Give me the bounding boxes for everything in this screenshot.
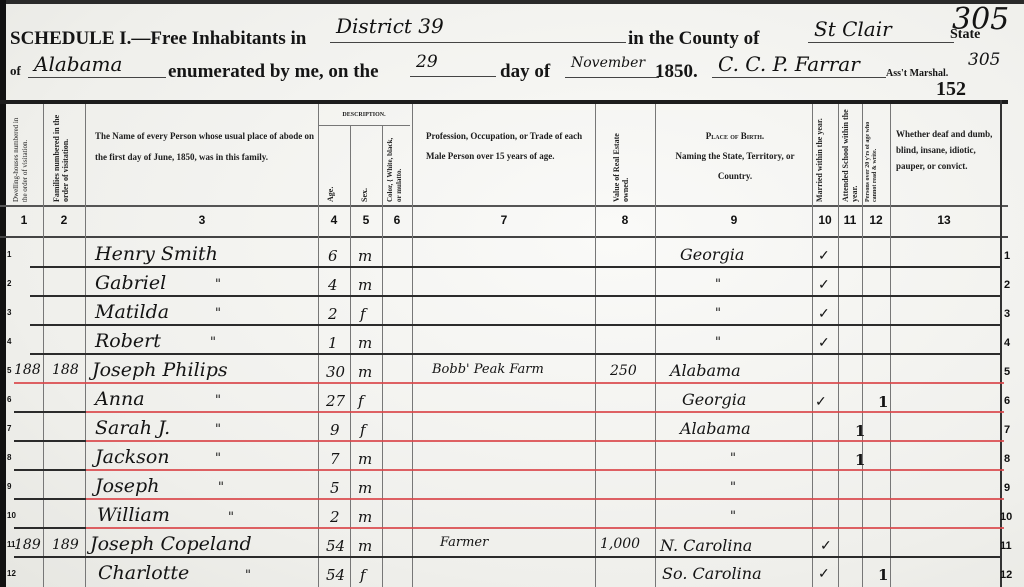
col7-header: Profession, Occupation, or Trade of each… <box>426 126 591 166</box>
birthplace: Georgia <box>680 245 744 264</box>
col10-header: Married within the year. <box>815 108 835 202</box>
real-estate-value: 250 <box>610 363 637 379</box>
row-line <box>30 353 1000 355</box>
occupation: Bobb' Peak Farm <box>432 362 544 377</box>
description-header: DESCRIPTION. <box>318 109 410 122</box>
row-line <box>14 469 86 471</box>
row-line <box>14 498 86 500</box>
person-name: Joseph <box>95 475 159 497</box>
col9-header: Place of Birth. Naming the State, Territ… <box>660 126 810 186</box>
ditto-mark: " <box>215 393 221 408</box>
person-name: Anna <box>95 388 145 410</box>
sex: m <box>358 334 372 352</box>
day-value: 29 <box>416 52 438 72</box>
age: 54 <box>326 566 345 584</box>
right-line-number: 5 <box>1004 366 1010 378</box>
ditto-mark: " <box>245 568 251 583</box>
birthplace-ditto: " <box>730 509 736 524</box>
birthplace: Georgia <box>682 390 746 409</box>
left-line-number: 5 <box>7 366 11 375</box>
right-line-number: 3 <box>1004 308 1010 320</box>
colnum: 11 <box>844 213 857 227</box>
row-line <box>30 295 1000 297</box>
left-line-number: 8 <box>7 453 11 462</box>
age: 54 <box>326 537 345 555</box>
birthplace-ditto: " <box>715 335 721 350</box>
title-prefix: Free Inhabitants in <box>150 28 306 49</box>
colnum: 1 <box>21 213 28 227</box>
ditto-mark: " <box>228 510 234 525</box>
colnum: 9 <box>731 213 738 227</box>
row-line <box>14 440 86 442</box>
sex: m <box>358 276 372 294</box>
left-line-number: 12 <box>7 569 16 578</box>
row-line <box>14 556 1000 558</box>
description-rule <box>318 125 410 126</box>
census-page: SCHEDULE I.—Free Inhabitants in District… <box>0 0 1024 587</box>
person-name: Jackson <box>95 446 170 468</box>
person-name: Robert <box>95 330 161 352</box>
cannot-read-mark: 1 <box>878 393 888 411</box>
sex: f <box>360 305 366 323</box>
ditto-mark: " <box>215 451 221 466</box>
sex: m <box>358 247 372 265</box>
birthplace: Alabama <box>670 361 741 380</box>
check-mark: ✓ <box>818 335 830 351</box>
row-line <box>30 266 1000 268</box>
right-line-number: 10 <box>1000 511 1012 523</box>
row-line-highlight <box>85 411 1004 413</box>
row-line-highlight <box>85 440 1004 442</box>
year-label: 1850. <box>655 61 698 83</box>
colnum: 10 <box>818 213 831 227</box>
age: 9 <box>330 421 340 439</box>
right-line-number: 11 <box>1000 540 1012 552</box>
col13-header: Whether deaf and dumb, blind, insane, id… <box>896 126 998 174</box>
person-name: Joseph Copeland <box>90 533 252 555</box>
page-left-edge <box>0 0 6 587</box>
colnum-bottom-rule <box>0 236 1008 238</box>
colnum: 12 <box>869 213 882 227</box>
left-line-number: 1 <box>7 250 11 259</box>
col-divider <box>318 104 319 587</box>
ditto-mark: " <box>215 277 221 292</box>
col4-header: Age. <box>326 170 340 202</box>
sex: m <box>358 537 372 555</box>
col6-header: Color, { White, black, or mulatto. <box>386 130 410 202</box>
check-mark: ✓ <box>818 566 830 582</box>
col-divider <box>43 104 44 587</box>
check-mark: ✓ <box>818 248 830 264</box>
right-line-number: 6 <box>1004 395 1010 407</box>
col3-header: The Name of every Person whose usual pla… <box>95 126 315 168</box>
birthplace: N. Carolina <box>660 536 752 555</box>
header-line-1: SCHEDULE I.—Free Inhabitants in <box>10 28 306 50</box>
table-top-border <box>0 100 1008 104</box>
sex: m <box>358 363 372 381</box>
age: 7 <box>330 450 340 468</box>
month-field: November <box>565 55 659 78</box>
age: 1 <box>328 334 338 352</box>
col12-header: Persons over 20 y'rs of age who cannot r… <box>865 108 887 202</box>
col1-header: Dwelling-houses numbered in the order of… <box>12 112 40 202</box>
state-field: Alabama <box>28 52 166 78</box>
right-line-number: 9 <box>1004 482 1010 494</box>
birthplace-ditto: " <box>730 480 736 495</box>
row-line <box>14 527 86 529</box>
colnum: 2 <box>61 213 68 227</box>
state-value: Alabama <box>34 52 122 76</box>
right-line-number: 1 <box>1004 250 1010 262</box>
county-field: St Clair <box>808 17 954 43</box>
col5-header: Sex. <box>360 170 374 202</box>
right-line-number: 4 <box>1004 337 1010 349</box>
ditto-mark: " <box>210 335 216 350</box>
row-line-highlight <box>85 527 1004 529</box>
person-name: William <box>97 504 170 526</box>
col8-header: Value of Real Estate owned. <box>612 112 640 202</box>
col9-subtitle: Naming the State, Territory, or Country. <box>660 146 810 186</box>
person-name: Henry Smith <box>95 243 218 265</box>
colnum: 8 <box>622 213 629 227</box>
age: 6 <box>328 247 338 265</box>
colnum: 7 <box>501 213 508 227</box>
col-divider <box>862 104 863 587</box>
ditto-mark: " <box>218 480 224 495</box>
month-value: November <box>571 55 645 71</box>
person-name: Gabriel <box>95 272 166 294</box>
sex: f <box>360 566 366 584</box>
left-line-number: 9 <box>7 482 11 491</box>
ditto-mark: " <box>215 306 221 321</box>
left-line-number: 10 <box>7 511 16 520</box>
marshal-field: C. C. P. Farrar <box>712 52 886 78</box>
col-divider <box>812 104 813 587</box>
sex: m <box>358 508 372 526</box>
county-label: in the County of <box>628 28 759 50</box>
birthplace: So. Carolina <box>662 564 762 583</box>
birthplace-ditto: " <box>715 306 721 321</box>
page-top-edge <box>0 0 1024 4</box>
colnum: 3 <box>199 213 206 227</box>
col9-title: Place of Birth. <box>660 126 810 146</box>
left-line-number: 3 <box>7 308 11 317</box>
colnum: 6 <box>394 213 401 227</box>
district-value: District 39 <box>336 14 444 38</box>
check-mark: ✓ <box>818 277 830 293</box>
row-line <box>30 324 1000 326</box>
birthplace-ditto: " <box>730 451 736 466</box>
check-mark: ✓ <box>820 538 832 554</box>
colnum: 4 <box>331 213 338 227</box>
printed-page-number: 152 <box>936 78 966 101</box>
col-divider <box>655 104 656 587</box>
county-value: St Clair <box>814 17 892 41</box>
age: 4 <box>328 276 338 294</box>
age: 2 <box>330 508 340 526</box>
sex: m <box>358 450 372 468</box>
sex: f <box>358 392 364 410</box>
handwritten-page-number-mid: 305 <box>968 50 1000 70</box>
age: 30 <box>326 363 345 381</box>
right-line-number: 7 <box>1004 424 1010 436</box>
person-name: Charlotte <box>98 562 189 584</box>
age: 2 <box>328 305 338 323</box>
left-line-number: 2 <box>7 279 11 288</box>
check-mark: ✓ <box>815 394 827 410</box>
col-divider <box>382 126 383 587</box>
day-of-label: day of <box>500 61 550 83</box>
birthplace: Alabama <box>680 419 751 438</box>
header-bottom-rule <box>0 205 1008 207</box>
real-estate-value: 1,000 <box>600 536 640 552</box>
col-divider <box>890 104 891 587</box>
cannot-read-mark: 1 <box>878 566 888 584</box>
row-line <box>14 411 86 413</box>
check-mark: ✓ <box>818 306 830 322</box>
district-field: District 39 <box>330 14 626 43</box>
birthplace-ditto: " <box>715 277 721 292</box>
colnum: 5 <box>363 213 370 227</box>
colnum: 13 <box>937 213 950 227</box>
col2-header: Families numbered in the order of visita… <box>52 112 82 202</box>
col-divider <box>85 104 86 587</box>
age: 5 <box>330 479 340 497</box>
marshal-name: C. C. P. Farrar <box>718 52 860 76</box>
person-name: Sarah J. <box>95 417 170 439</box>
dwelling-number: 189 <box>14 537 41 553</box>
row-line-highlight <box>85 469 1004 471</box>
col-divider <box>838 104 839 587</box>
row-line-highlight <box>85 498 1004 500</box>
right-line-number: 8 <box>1004 453 1010 465</box>
ditto-mark: " <box>215 422 221 437</box>
handwritten-page-number-top: 305 <box>952 2 1009 37</box>
age: 27 <box>326 392 345 410</box>
left-line-number: 4 <box>7 337 11 346</box>
dash: — <box>131 28 150 49</box>
col-divider <box>412 104 413 587</box>
person-name: Matilda <box>95 301 169 323</box>
occupation: Farmer <box>440 535 488 550</box>
col-divider <box>350 126 351 587</box>
family-number: 188 <box>52 362 79 378</box>
sex: m <box>358 479 372 497</box>
enumerated-label: enumerated by me, on the <box>168 61 379 83</box>
day-field: 29 <box>410 52 496 77</box>
school-mark: 1 <box>855 451 865 469</box>
left-line-number: 7 <box>7 424 11 433</box>
family-number: 189 <box>52 537 79 553</box>
schedule-label: SCHEDULE I. <box>10 28 131 49</box>
right-line-number: 2 <box>1004 279 1010 291</box>
dwelling-number: 188 <box>14 362 41 378</box>
of-label: of <box>10 63 21 79</box>
left-line-number: 6 <box>7 395 11 404</box>
person-name: Joseph Philips <box>92 359 228 381</box>
col-divider <box>595 104 596 587</box>
sex: f <box>360 421 366 439</box>
col11-header: Attended School within the year. <box>841 108 861 202</box>
right-line-number: 12 <box>1000 569 1012 581</box>
row-line-highlight <box>14 382 1004 384</box>
school-mark: 1 <box>855 422 865 440</box>
